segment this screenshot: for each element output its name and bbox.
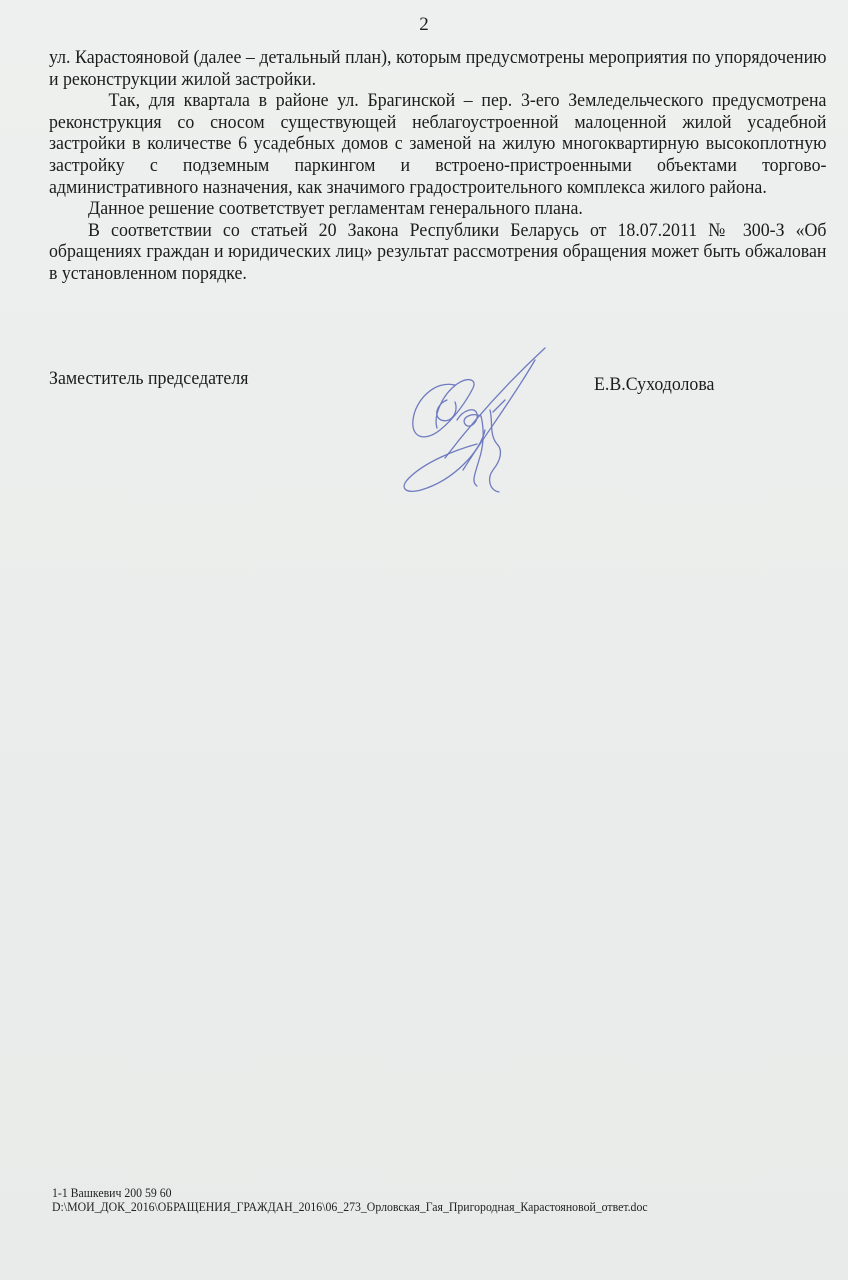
signer-title: Заместитель председателя xyxy=(49,368,248,390)
paragraph-decision: Данное решение соответствует регламентам… xyxy=(49,198,826,220)
executor-line: 1-1 Вашкевич 200 59 60 xyxy=(52,1186,648,1200)
document-page: 2 ул. Карастояновой (далее – детальный п… xyxy=(0,0,848,1280)
page-number: 2 xyxy=(0,14,848,36)
letter-body: ул. Карастояновой (далее – детальный пла… xyxy=(49,47,826,285)
signer-name: Е.В.Суходолова xyxy=(594,374,714,396)
paragraph-reconstruction: Так, для квартала в районе ул. Брагинско… xyxy=(49,90,826,198)
paragraph-appeal: В соответствии со статьей 20 Закона Респ… xyxy=(49,220,826,285)
paragraph-continuation: ул. Карастояновой (далее – детальный пла… xyxy=(49,47,826,90)
document-footer: 1-1 Вашкевич 200 59 60 D:\МОИ_ДОК_2016\О… xyxy=(52,1186,672,1214)
file-path-line: D:\МОИ_ДОК_2016\ОБРАЩЕНИЯ_ГРАЖДАН_2016\0… xyxy=(52,1200,648,1214)
handwritten-signature-icon xyxy=(385,340,565,500)
